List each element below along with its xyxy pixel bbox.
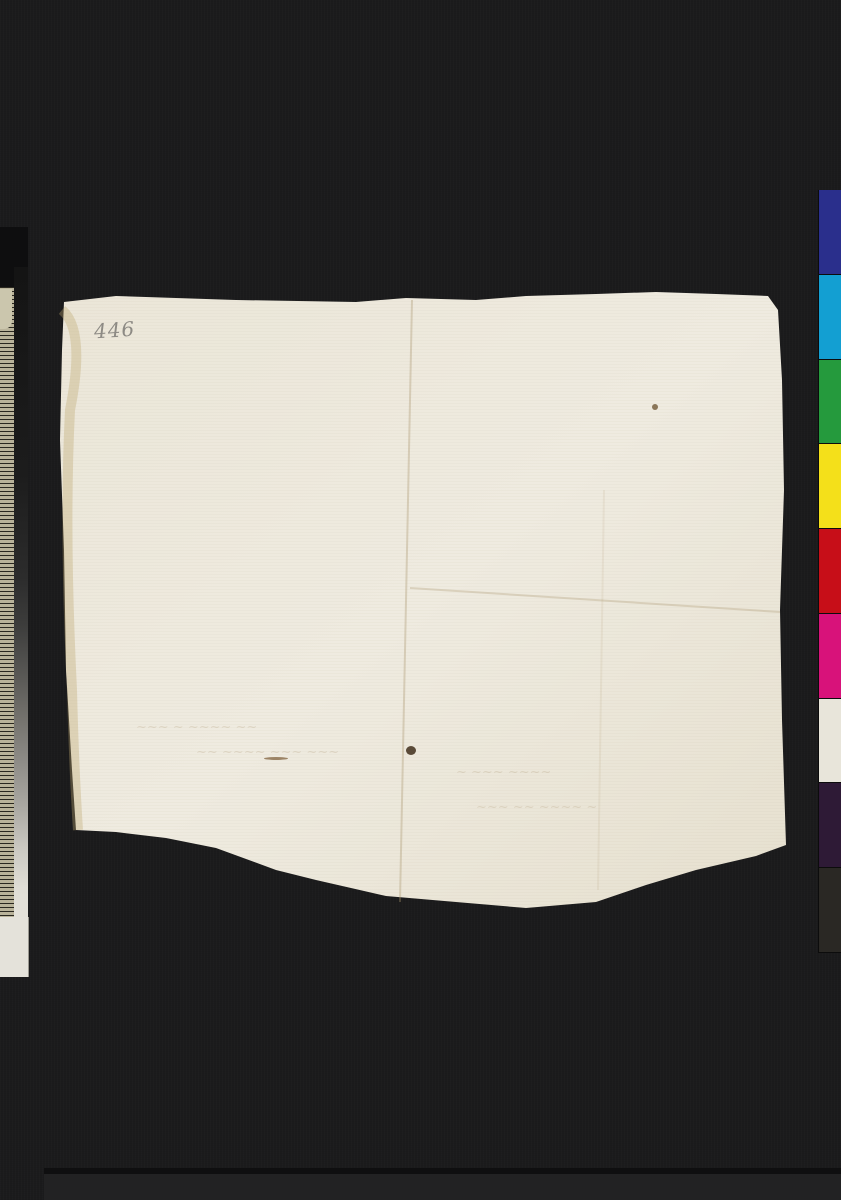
ruler-tip xyxy=(0,289,12,329)
bleed-through-line: ~~~ ~ ~~~~ ~~ xyxy=(136,720,257,735)
color-swatch-cyan xyxy=(819,275,841,360)
color-swatch-green xyxy=(819,360,841,445)
manuscript-sheet: ~~~ ~ ~~~~ ~~ ~~ ~~~~ ~~~ ~~~ ~ ~~~ ~~~~… xyxy=(56,290,786,910)
ruler-scale-ticks xyxy=(0,287,14,927)
mounting-board-edge xyxy=(44,1168,841,1200)
bleed-through-line: ~~~ ~~ ~~~~ ~ xyxy=(476,800,597,815)
folio-number: 446 xyxy=(93,317,136,344)
color-swatch-blue xyxy=(819,190,841,275)
color-swatch-magenta xyxy=(819,614,841,699)
ink-stain xyxy=(406,746,416,755)
color-swatch-yellow xyxy=(819,444,841,529)
grayscale-wedge xyxy=(14,267,28,957)
paper-shape xyxy=(56,290,786,910)
color-swatch-white xyxy=(819,699,841,784)
bleed-through-line: ~ ~~~ ~~~~ xyxy=(456,765,551,780)
measurement-ruler xyxy=(0,227,28,977)
ruler-foot xyxy=(0,917,29,977)
color-swatch-black-texture xyxy=(819,868,841,953)
color-calibration-strip xyxy=(818,190,841,953)
ink-stain xyxy=(652,404,658,410)
color-swatch-red xyxy=(819,529,841,614)
ink-stain xyxy=(264,757,288,760)
color-swatch-purple xyxy=(819,783,841,868)
